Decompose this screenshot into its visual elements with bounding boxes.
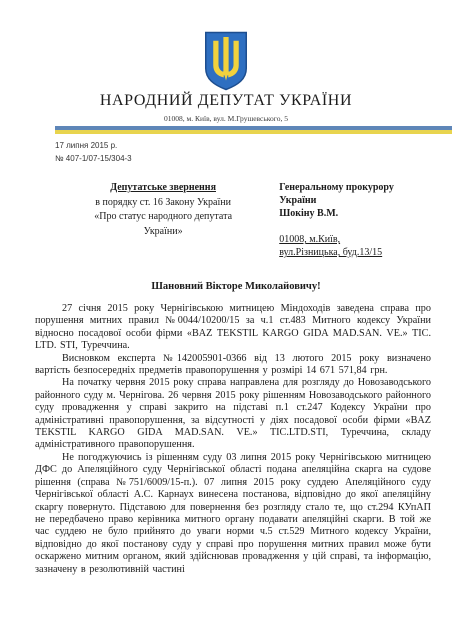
- flag-stripe-yellow: [55, 130, 452, 134]
- org-address: 01008, м. Київ, вул. М.Грушевського, 5: [0, 114, 452, 123]
- request-type-block: Депутатське звернення в порядку ст. 16 З…: [55, 181, 271, 259]
- scanned-letter-page: НАРОДНИЙ ДЕПУТАТ УКРАЇНИ 01008, м. Київ,…: [0, 0, 452, 640]
- letter-body: 27 січня 2015 року Чернігівською митнице…: [35, 303, 431, 576]
- document-ref-number: № 407-1/07-15/304-3: [55, 152, 452, 165]
- letter-paragraph: Висновком експерта №142005901-0366 від 1…: [35, 353, 431, 378]
- addressee-address: 01008, м.Київ, вул.Різницька, буд.13/15: [279, 233, 430, 259]
- request-line: України»: [55, 225, 271, 240]
- header-columns: Депутатське звернення в порядку ст. 16 З…: [55, 181, 430, 259]
- letter-paragraph: На початку червня 2015 року справа напра…: [35, 377, 431, 451]
- document-date: 17 липня 2015 р.: [55, 139, 452, 152]
- flag-divider: [55, 126, 452, 134]
- addressee-name-line: України: [279, 194, 430, 207]
- salutation: Шановний Вікторе Миколайовичу!: [0, 281, 452, 292]
- org-title: НАРОДНИЙ ДЕПУТАТ УКРАЇНИ: [0, 92, 452, 110]
- ukraine-trident-coat-of-arms-icon: [203, 31, 249, 91]
- letterhead: НАРОДНИЙ ДЕПУТАТ УКРАЇНИ 01008, м. Київ,…: [0, 0, 452, 123]
- addressee-address-line: вул.Різницька, буд.13/15: [279, 246, 430, 259]
- request-line: в порядку ст. 16 Закону України: [55, 196, 271, 211]
- letter-paragraph: 27 січня 2015 року Чернігівською митнице…: [35, 303, 431, 353]
- letter-paragraph: Не погоджуючись із рішенням суду 03 липн…: [35, 452, 431, 576]
- addressee-block: Генеральному прокурору України Шокіну В.…: [279, 181, 430, 259]
- addressee-name-line: Генеральному прокурору: [279, 181, 430, 194]
- request-line: «Про статус народного депутата: [55, 210, 271, 225]
- document-meta: 17 липня 2015 р. № 407-1/07-15/304-3: [55, 139, 452, 165]
- addressee-address-line: 01008, м.Київ,: [279, 233, 430, 246]
- request-title: Депутатське звернення: [55, 181, 271, 196]
- addressee-name-line: Шокіну В.М.: [279, 207, 430, 220]
